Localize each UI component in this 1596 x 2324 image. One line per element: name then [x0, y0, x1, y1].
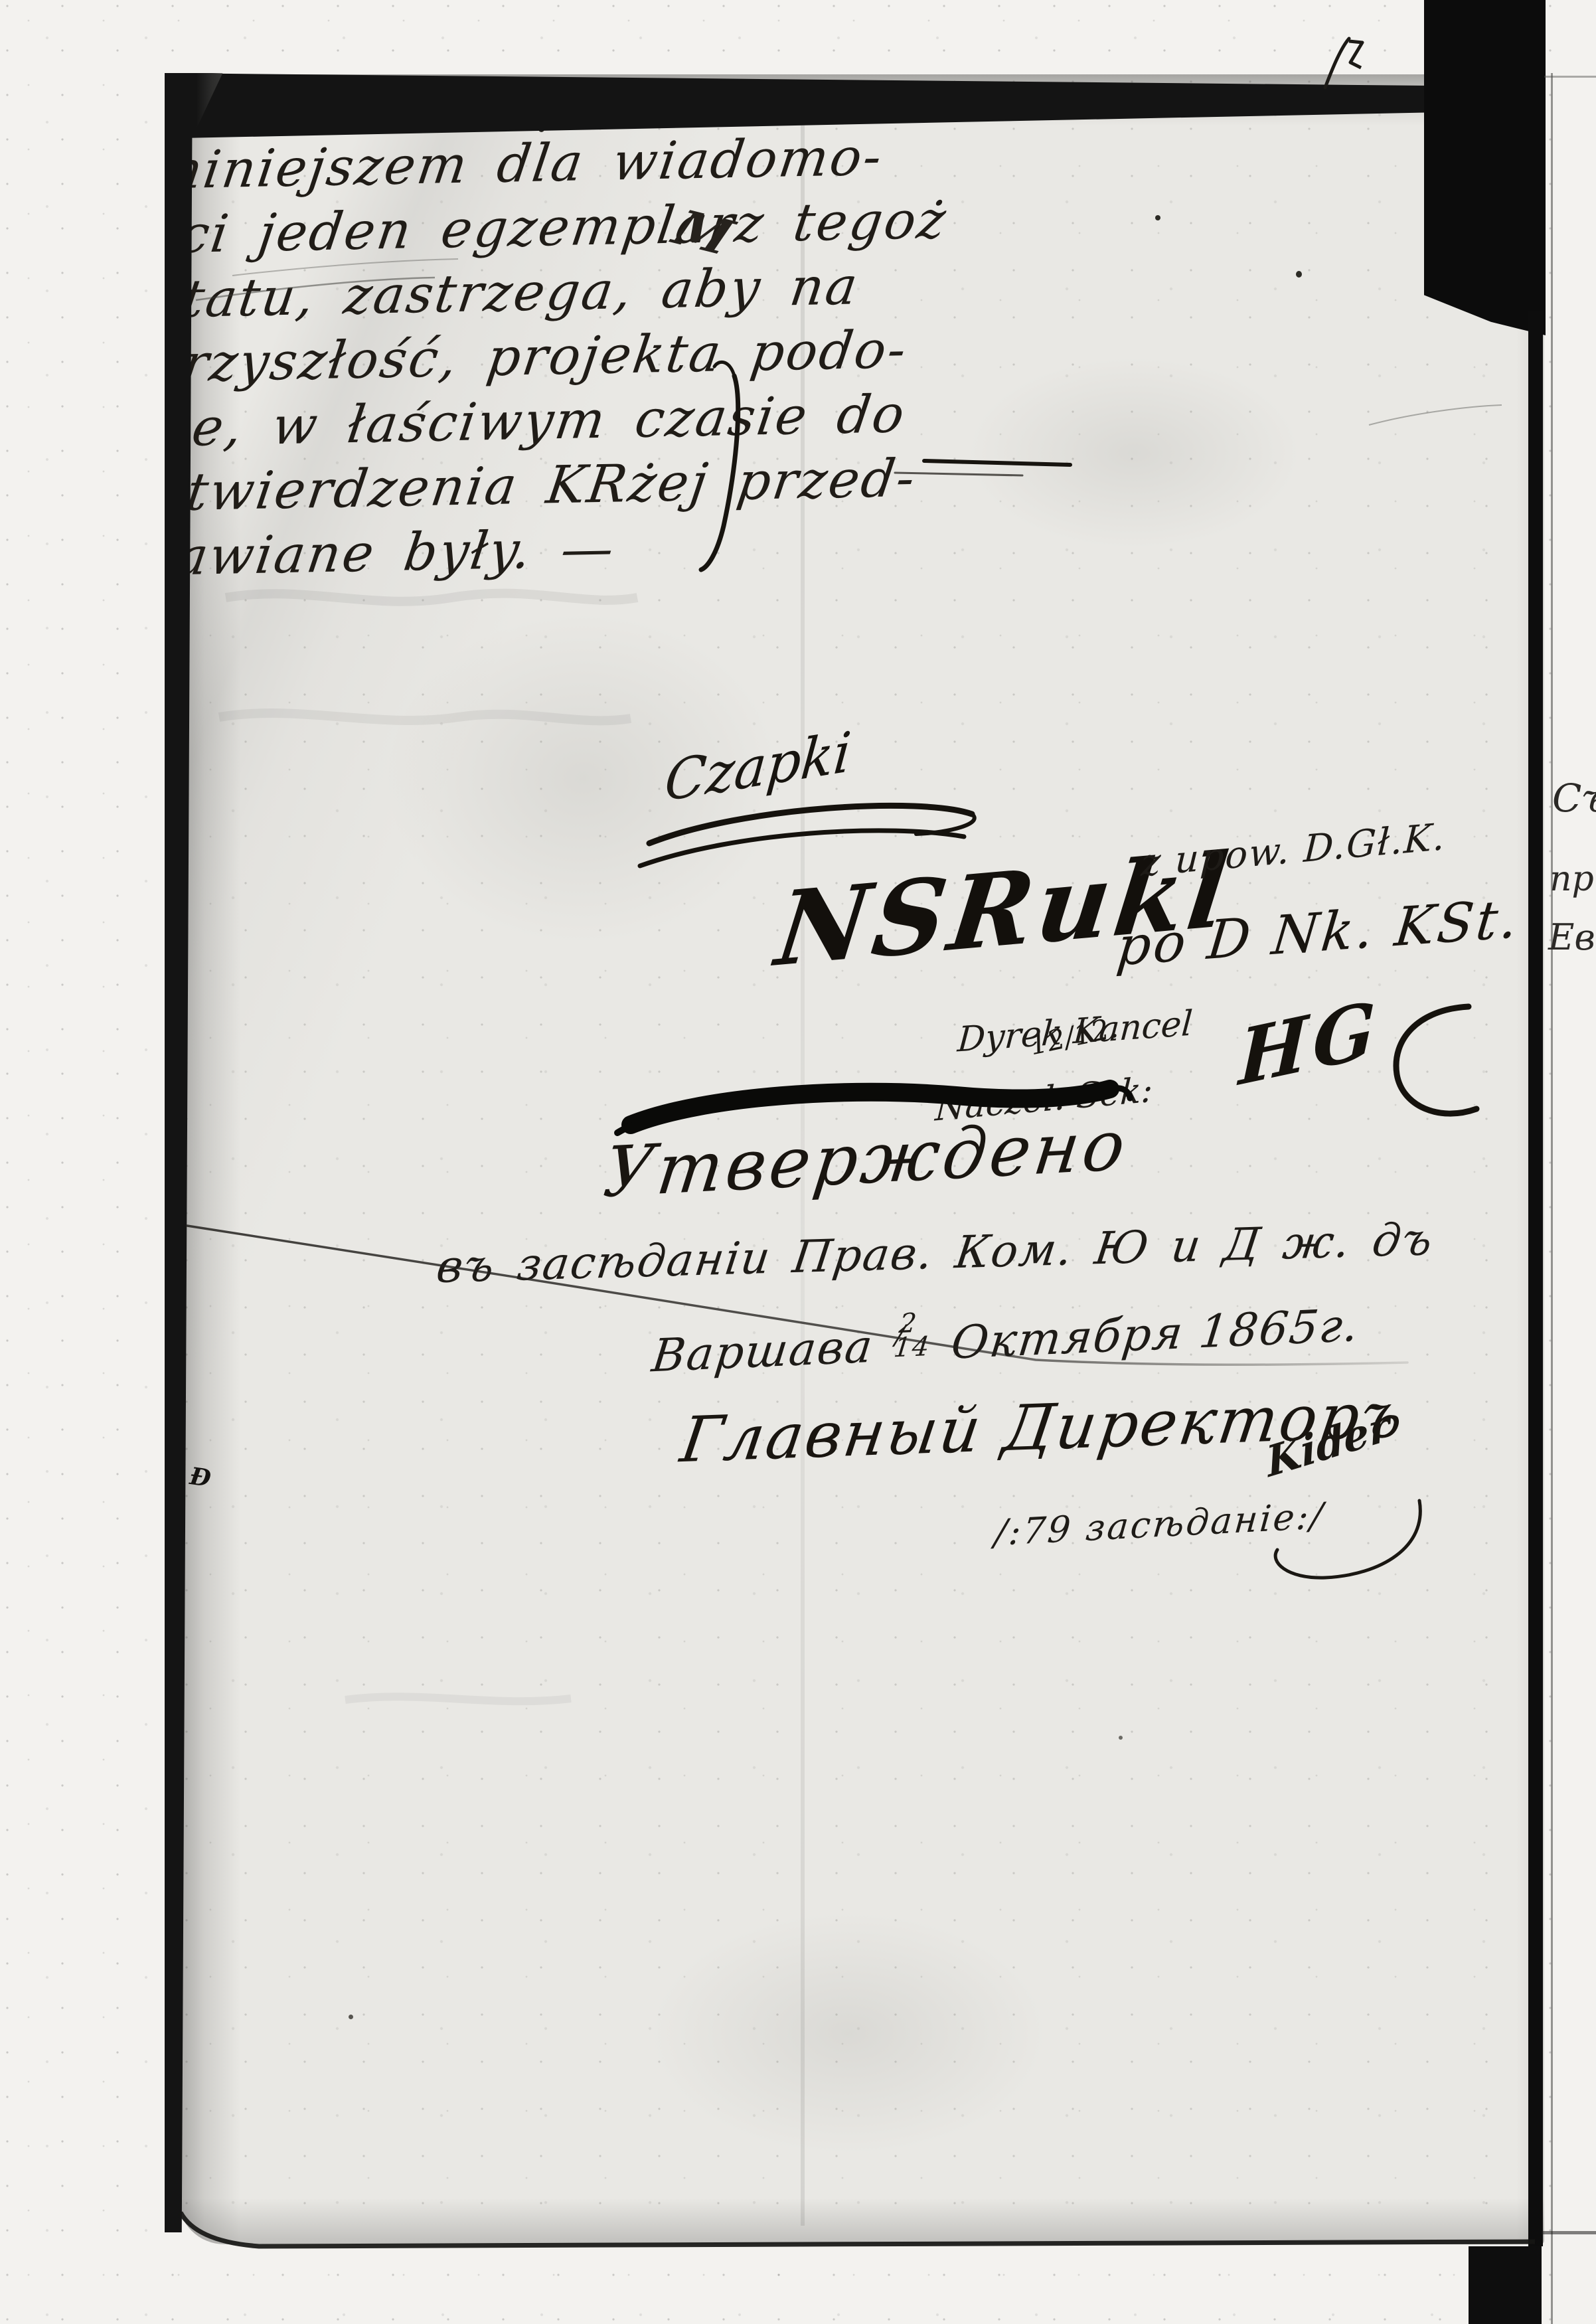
date-rest: Октября 1865г.	[949, 1299, 1362, 1370]
adjacent-page-fragment: пр	[1550, 859, 1594, 899]
adjacent-page-fragment: Съ	[1552, 776, 1596, 821]
adjacent-page-edge-line	[1551, 73, 1553, 2324]
paper-smudge	[961, 353, 1307, 552]
office-line-1: Dyrek Kancel	[956, 1003, 1194, 1060]
authorization-line: z upow. D.Gł.K.	[1140, 815, 1447, 886]
ink-dot	[349, 2015, 353, 2019]
polish-paragraph: i Kommunikując mu przy niniejszem dla wi…	[178, 74, 1544, 591]
top-right-black-notch	[1424, 0, 1546, 335]
session-note: /:79 засѣданіе:/	[993, 1495, 1326, 1554]
place-date-line: Варшава 2 / 14 Октября 1865г.	[649, 1299, 1362, 1383]
ink-dot	[1119, 1736, 1123, 1740]
adjacent-page-bottom-line	[1542, 2231, 1596, 2234]
date-fraction: 2 / 14	[893, 1314, 934, 1359]
place-name: Варшава	[649, 1320, 876, 1382]
paper-smudge	[643, 1907, 1054, 2159]
session-line: въ засѣданіи Прав. Ком. Ю и Д ж. дъ	[434, 1213, 1437, 1293]
left-edge-ink-mark: Đ	[188, 1462, 212, 1493]
ink-dot	[1155, 215, 1160, 220]
paraph-initials: HG	[1237, 983, 1382, 1103]
manuscript-page: i Kommunikując mu przy niniejszem dla wi…	[178, 74, 1544, 2244]
ink-dot	[1296, 271, 1302, 278]
adjacent-page-top-line	[1544, 76, 1596, 78]
page-right-edge-line	[1528, 311, 1543, 2246]
paper-smudge	[377, 606, 789, 951]
date-denominator: 14	[893, 1337, 931, 1359]
approved-word: Утверждено	[599, 1104, 1133, 1213]
bottom-right-black-block	[1469, 2246, 1542, 2324]
adjacent-page-fragment: Ев	[1548, 916, 1595, 958]
